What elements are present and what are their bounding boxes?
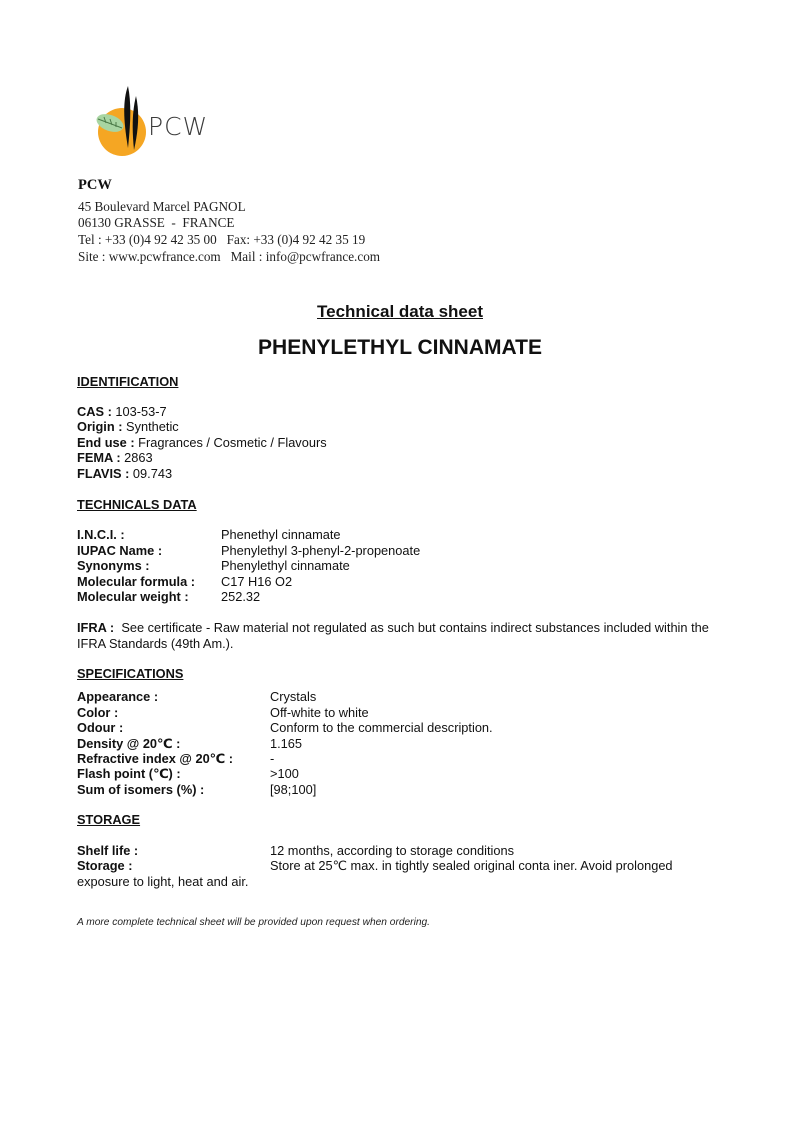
spec-label: Refractive index @ 20℃ :: [77, 751, 233, 767]
spec-value: [98;100]: [270, 782, 316, 797]
section-heading-specifications: SPECIFICATIONS: [77, 666, 183, 681]
technicals-label: IUPAC Name :: [77, 543, 162, 558]
ifra-statement: IFRA : See certificate - Raw material no…: [77, 620, 727, 652]
address-city: 06130 GRASSE - FRANCE: [78, 215, 234, 231]
logo-wordmark: PCW: [148, 112, 208, 141]
field-label: FLAVIS :: [77, 466, 129, 481]
field-value: Fragrances / Cosmetic / Flavours: [135, 435, 327, 450]
technicals-label: Molecular formula :: [77, 574, 195, 589]
technicals-value: C17 H16 O2: [221, 574, 292, 589]
ifra-label: IFRA :: [77, 620, 114, 635]
field-label: CAS :: [77, 404, 112, 419]
spec-value: Conform to the commercial description.: [270, 720, 493, 735]
product-name: PHENYLETHYL CINNAMATE: [0, 336, 800, 360]
spec-label: Density @ 20℃ :: [77, 736, 180, 752]
field-label: FEMA :: [77, 450, 121, 465]
section-heading-identification: IDENTIFICATION: [77, 374, 178, 389]
ifra-text: See certificate - Raw material not regul…: [77, 620, 712, 651]
footer-note: A more complete technical sheet will be …: [77, 917, 430, 928]
section-heading-storage: STORAGE: [77, 812, 140, 827]
field-value: Synthetic: [123, 419, 179, 434]
storage-value-continuation: exposure to light, heat and air.: [77, 874, 248, 889]
company-name: PCW: [78, 177, 112, 194]
identification-fema: FEMA : 2863: [77, 450, 153, 465]
spec-label: Flash point (℃) :: [77, 766, 181, 782]
section-heading-technicals: TECHNICALS DATA: [77, 497, 197, 512]
identification-end-use: End use : Fragrances / Cosmetic / Flavou…: [77, 435, 327, 450]
spec-value: 1.165: [270, 736, 302, 751]
field-value: 103-53-7: [112, 404, 167, 419]
storage-value-shelf-life: 12 months, according to storage conditio…: [270, 843, 514, 858]
field-label: End use :: [77, 435, 135, 450]
technicals-value: 252.32: [221, 589, 260, 604]
technicals-value: Phenethyl cinnamate: [221, 527, 341, 542]
document-title: Technical data sheet: [0, 302, 800, 322]
spec-value: Crystals: [270, 689, 316, 704]
storage-label-storage: Storage :: [77, 858, 132, 873]
spec-label: Color :: [77, 705, 118, 720]
identification-origin: Origin : Synthetic: [77, 419, 179, 434]
technicals-value: Phenylethyl 3-phenyl-2-propenoate: [221, 543, 420, 558]
storage-label-shelf-life: Shelf life :: [77, 843, 138, 858]
identification-cas: CAS : 103-53-7: [77, 404, 167, 419]
identification-flavis: FLAVIS : 09.743: [77, 466, 172, 481]
storage-value-storage: Store at 25℃ max. in tightly sealed orig…: [270, 858, 673, 874]
field-label: Origin :: [77, 419, 123, 434]
spec-label: Odour :: [77, 720, 123, 735]
field-value: 09.743: [129, 466, 172, 481]
technicals-label: Synonyms :: [77, 558, 150, 573]
spec-label: Sum of isomers (%) :: [77, 782, 204, 797]
contact-web-mail: Site : www.pcwfrance.com Mail : info@pcw…: [78, 249, 380, 265]
technicals-label: Molecular weight :: [77, 589, 189, 604]
spec-value: >100: [270, 766, 299, 781]
technicals-label: I.N.C.I. :: [77, 527, 125, 542]
field-value: 2863: [121, 450, 153, 465]
spec-label: Appearance :: [77, 689, 158, 704]
contact-phone-fax: Tel : +33 (0)4 92 42 35 00 Fax: +33 (0)4…: [78, 232, 365, 248]
spec-value: Off-white to white: [270, 705, 369, 720]
spec-value: -: [270, 751, 274, 766]
technicals-value: Phenylethyl cinnamate: [221, 558, 350, 573]
address-street: 45 Boulevard Marcel PAGNOL: [78, 199, 246, 215]
